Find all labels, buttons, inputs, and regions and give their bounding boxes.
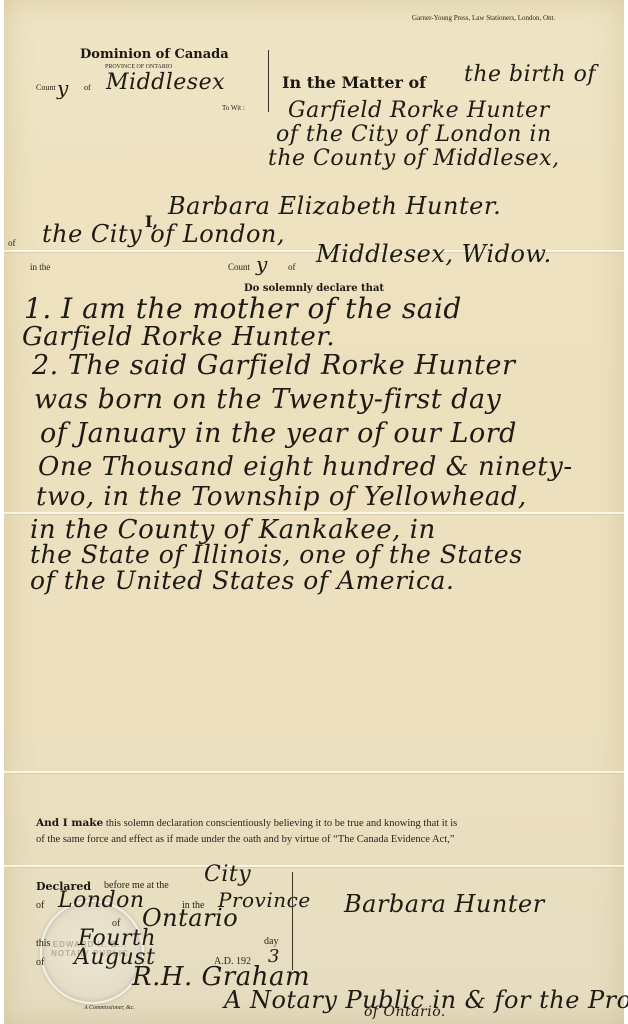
bracket-line — [292, 872, 293, 970]
county-label: Count — [36, 83, 56, 92]
declarant-name: Barbara Elizabeth Hunter. — [168, 192, 501, 220]
statement-line: the State of Illinois, one of the States — [30, 540, 523, 569]
matter-line: the birth of — [464, 62, 596, 87]
county-label-hand: y — [256, 252, 268, 276]
closing-text: this solemn declaration conscientiously … — [106, 818, 457, 829]
dominion-title: Dominion of Canada — [80, 47, 229, 62]
declarant-county: Middlesex, Widow. — [316, 240, 552, 268]
county-label: Count — [228, 262, 250, 272]
statement-line: 2. The said Garfield Rorke Hunter — [32, 350, 515, 381]
in-the-label: in the — [30, 262, 50, 272]
fold-line — [4, 865, 624, 868]
county-of-label: of — [84, 83, 91, 92]
of-label: of — [36, 900, 44, 911]
statement-line: of January in the year of our Lord — [40, 418, 517, 449]
of-label: of — [8, 238, 16, 248]
statement-line: was born on the Twenty-first day — [34, 384, 501, 415]
statement-line: two, in the Township of Yellowhead, — [36, 482, 527, 512]
matter-line: Garfield Rorke Hunter — [288, 98, 550, 123]
commissioner-label: A Commissioner, &c. — [84, 1005, 135, 1011]
bracket-line — [268, 50, 269, 112]
statement-line: Garfield Rorke Hunter. — [22, 322, 335, 352]
closing-line-2: of the same force and effect as if made … — [36, 834, 454, 845]
county-value: Middlesex — [106, 70, 225, 95]
county-label-hand: y — [57, 76, 69, 100]
closing-lead: And I make — [36, 817, 103, 829]
matter-line: of the City of London in — [276, 122, 552, 147]
notary-line-2: of Ontario. — [364, 1004, 446, 1020]
fold-line — [4, 771, 624, 774]
this-label: this — [36, 938, 50, 949]
declarant-signature: Barbara Hunter — [344, 890, 545, 918]
declarant-residence: the City of London, — [42, 220, 285, 248]
place-value: London — [58, 888, 145, 913]
matter-line: the County of Middlesex, — [268, 146, 560, 171]
of-label: of — [36, 957, 44, 968]
county-of-label: of — [288, 262, 296, 272]
statement-line: One Thousand eight hundred & ninety- — [38, 452, 573, 482]
printer-imprint: Garner-Young Press, Law Stationers, Lond… — [412, 14, 555, 22]
place-type: City — [204, 862, 251, 887]
to-wit-label: To Wit : — [222, 104, 245, 112]
statement-line: 1. I am the mother of the said — [24, 292, 462, 325]
region-value: Ontario — [142, 904, 238, 932]
matter-label: In the Matter of — [282, 73, 426, 92]
closing-line-1: And I make this solemn declaration consc… — [36, 817, 457, 829]
statement-line: of the United States of America. — [30, 566, 454, 595]
